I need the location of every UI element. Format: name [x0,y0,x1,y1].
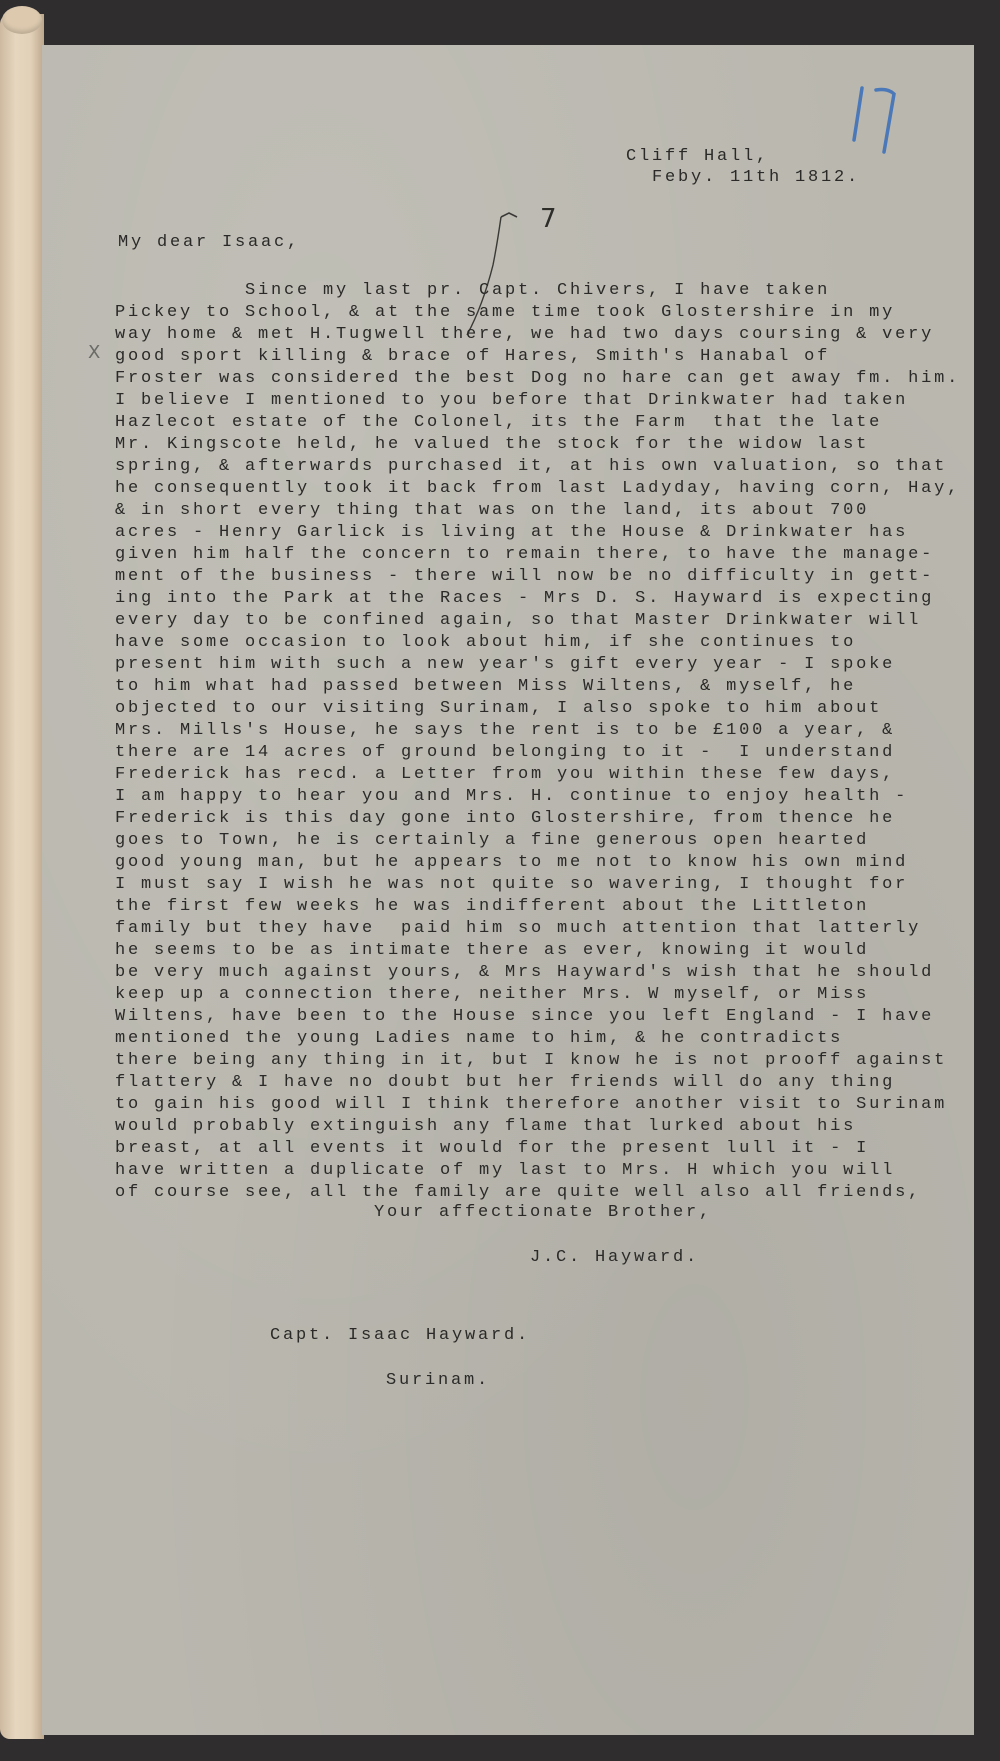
binding-roll [0,14,44,1739]
page-number-annotation-icon [850,80,910,160]
letter-body: Since my last pr. Capt. Chivers, I have … [115,280,960,1204]
body-line: family but they have paid him so much at… [115,918,960,940]
body-line: would probably extinguish any flame that… [115,1116,960,1138]
body-line: be very much against yours, & Mrs Haywar… [115,962,960,984]
signature: J.C. Hayward. [530,1247,699,1269]
body-line: I must say I wish he was not quite so wa… [115,874,960,896]
body-line: given him half the concern to remain the… [115,544,960,566]
body-line: I am happy to hear you and Mrs. H. conti… [115,786,960,808]
binding-roll-top [2,6,42,34]
body-line: of course see, all the family are quite … [115,1182,960,1204]
body-line: Mr. Kingscote held, he valued the stock … [115,434,960,456]
body-line: breast, at all events it would for the p… [115,1138,960,1160]
body-line: I believe I mentioned to you before that… [115,390,960,412]
body-line: Since my last pr. Capt. Chivers, I have … [115,280,960,302]
body-line: ment of the business - there will now be… [115,566,960,588]
recipient-location: Surinam. [386,1370,490,1392]
body-line: mentioned the young Ladies name to him, … [115,1028,960,1050]
body-line: present him with such a new year's gift … [115,654,960,676]
body-line: have some occasion to look about him, if… [115,632,960,654]
body-line: Mrs. Mills's House, he says the rent is … [115,720,960,742]
body-line: there are 14 acres of ground belonging t… [115,742,960,764]
body-line: have written a duplicate of my last to M… [115,1160,960,1182]
body-line: ing into the Park at the Races - Mrs D. … [115,588,960,610]
body-line: spring, & afterwards purchased it, at hi… [115,456,960,478]
body-line: to gain his good will I think therefore … [115,1094,960,1116]
body-line: & in short every thing that was on the l… [115,500,960,522]
body-line: acres - Henry Garlick is living at the H… [115,522,960,544]
body-line: there being any thing in it, but I know … [115,1050,960,1072]
closing: Your affectionate Brother, [374,1202,712,1224]
address-place: Cliff Hall, [626,146,769,168]
address-date: Feby. 11th 1812. [652,167,860,189]
body-line: Pickey to School, & at the same time too… [115,302,960,324]
body-line: he seems to be as intimate there as ever… [115,940,960,962]
body-line: way home & met H.Tugwell there, we had t… [115,324,960,346]
body-line: to him what had passed between Miss Wilt… [115,676,960,698]
folio-mark: 7 [540,208,557,230]
body-line: he consequently took it back from last L… [115,478,960,500]
body-line: Frederick is this day gone into Glosters… [115,808,960,830]
body-line: objected to our visiting Surinam, I also… [115,698,960,720]
body-line: flattery & I have no doubt but her frien… [115,1072,960,1094]
recipient-name: Capt. Isaac Hayward. [270,1325,530,1347]
body-line: keep up a connection there, neither Mrs.… [115,984,960,1006]
salutation: My dear Isaac, [118,232,300,254]
body-line: the first few weeks he was indifferent a… [115,896,960,918]
body-line: good sport killing & brace of Hares, Smi… [115,346,960,368]
margin-mark: X [88,342,100,363]
body-line: Wiltens, have been to the House since yo… [115,1006,960,1028]
body-line: every day to be confined again, so that … [115,610,960,632]
body-line: good young man, but he appears to me not… [115,852,960,874]
body-line: Hazlecot estate of the Colonel, its the … [115,412,960,434]
body-line: Frederick has recd. a Letter from you wi… [115,764,960,786]
body-line: goes to Town, he is certainly a fine gen… [115,830,960,852]
body-line: Froster was considered the best Dog no h… [115,368,960,390]
